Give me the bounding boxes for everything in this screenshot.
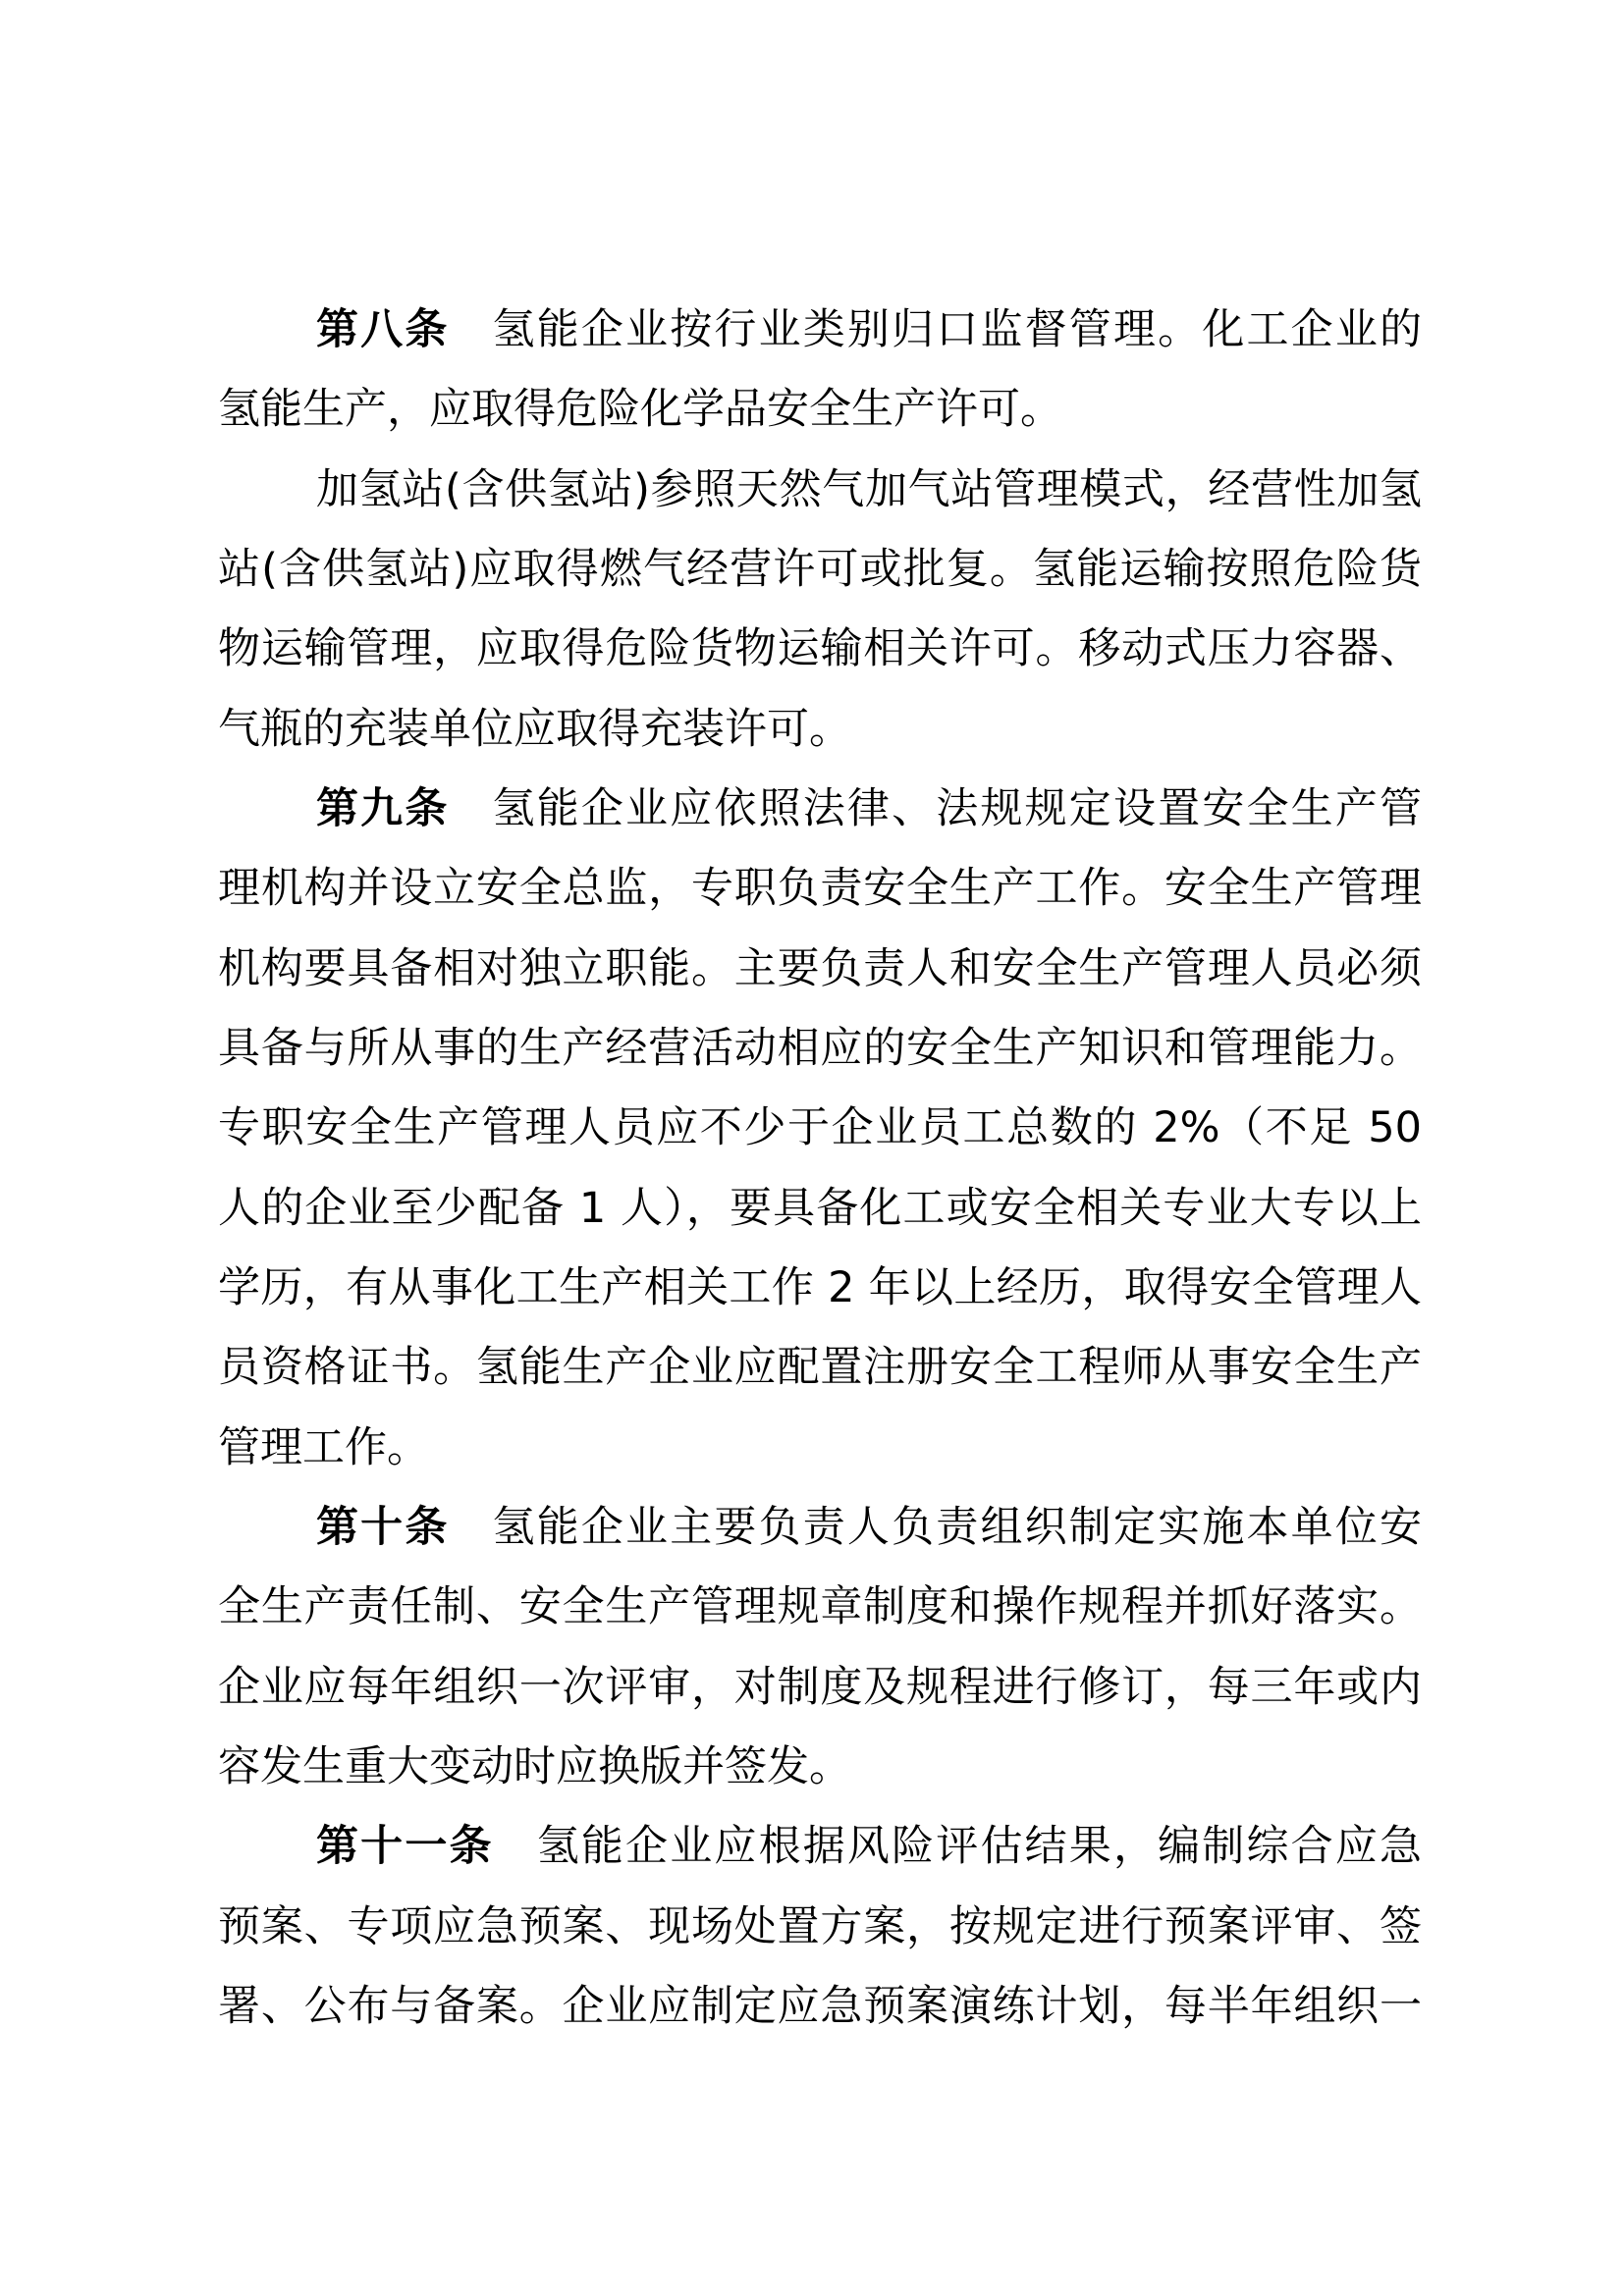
- paragraph-line: 人的企业至少配备 1 人），要具备化工或安全相关专业大专以上: [218, 1179, 1422, 1238]
- article-number: 第八条: [316, 305, 450, 354]
- paragraph-line: 员资格证书。氢能生产企业应配置注册安全工程师从事安全生产: [218, 1338, 1422, 1397]
- article-number: 第十条: [316, 1503, 450, 1552]
- paragraph-line: 氢能生产，应取得危险化学品安全生产许可。: [218, 380, 1422, 439]
- paragraph-line: 管理工作。: [218, 1418, 1422, 1477]
- paragraph-line: 物运输管理，应取得危险货物运输相关许可。移动式压力容器、: [218, 619, 1422, 678]
- paragraph-line: 站(含供氢站)应取得燃气经营许可或批复。氢能运输按照危险货: [218, 540, 1422, 599]
- article-9-heading-line: 第九条氢能企业应依照法律、法规规定设置安全生产管: [316, 779, 1422, 838]
- paragraph-text: 氢能企业主要负责人负责组织制定实施本单位安: [493, 1503, 1422, 1552]
- paragraph-line: 全生产责任制、安全生产管理规章制度和操作规程并抓好落实。: [218, 1577, 1422, 1636]
- paragraph-line: 署、公布与备案。企业应制定应急预案演练计划，每半年组织一: [218, 1977, 1422, 2036]
- paragraph-line: 学历，有从事化工生产相关工作 2 年以上经历，取得安全管理人: [218, 1258, 1422, 1317]
- paragraph-line: 企业应每年组织一次评审，对制度及规程进行修订，每三年或内: [218, 1658, 1422, 1717]
- paragraph-line: 预案、专项应急预案、现场处置方案，按规定进行预案评审、签: [218, 1897, 1422, 1956]
- paragraph-line: 理机构并设立安全总监，专职负责安全生产工作。安全生产管理: [218, 859, 1422, 918]
- paragraph-text: 氢能企业应根据风险评估结果，编制综合应急: [537, 1822, 1422, 1871]
- paragraph-line: 气瓶的充装单位应取得充装许可。: [218, 700, 1422, 759]
- paragraph-line: 容发生重大变动时应换版并签发。: [218, 1737, 1422, 1796]
- paragraph-line: 机构要具备相对独立职能。主要负责人和安全生产管理人员必须: [218, 939, 1422, 998]
- document-page: 第八条氢能企业按行业类别归口监督管理。化工企业的 氢能生产，应取得危险化学品安全…: [0, 0, 1624, 2296]
- paragraph-line: 专职安全生产管理人员应不少于企业员工总数的 2%（不足 50: [218, 1098, 1422, 1157]
- article-10-heading-line: 第十条氢能企业主要负责人负责组织制定实施本单位安: [316, 1498, 1422, 1557]
- article-number: 第十一条: [316, 1822, 494, 1871]
- article-8-heading-line: 第八条氢能企业按行业类别归口监督管理。化工企业的: [316, 300, 1422, 359]
- paragraph-text: 氢能企业应依照法律、法规规定设置安全生产管: [493, 784, 1422, 833]
- paragraph-line: 加氢站(含供氢站)参照天然气加气站管理模式，经营性加氢: [316, 460, 1422, 519]
- paragraph-text: 氢能企业按行业类别归口监督管理。化工企业的: [493, 305, 1422, 354]
- article-11-heading-line: 第十一条氢能企业应根据风险评估结果，编制综合应急: [316, 1817, 1422, 1876]
- paragraph-line: 具备与所从事的生产经营活动相应的安全生产知识和管理能力。: [218, 1019, 1422, 1078]
- article-number: 第九条: [316, 784, 450, 833]
